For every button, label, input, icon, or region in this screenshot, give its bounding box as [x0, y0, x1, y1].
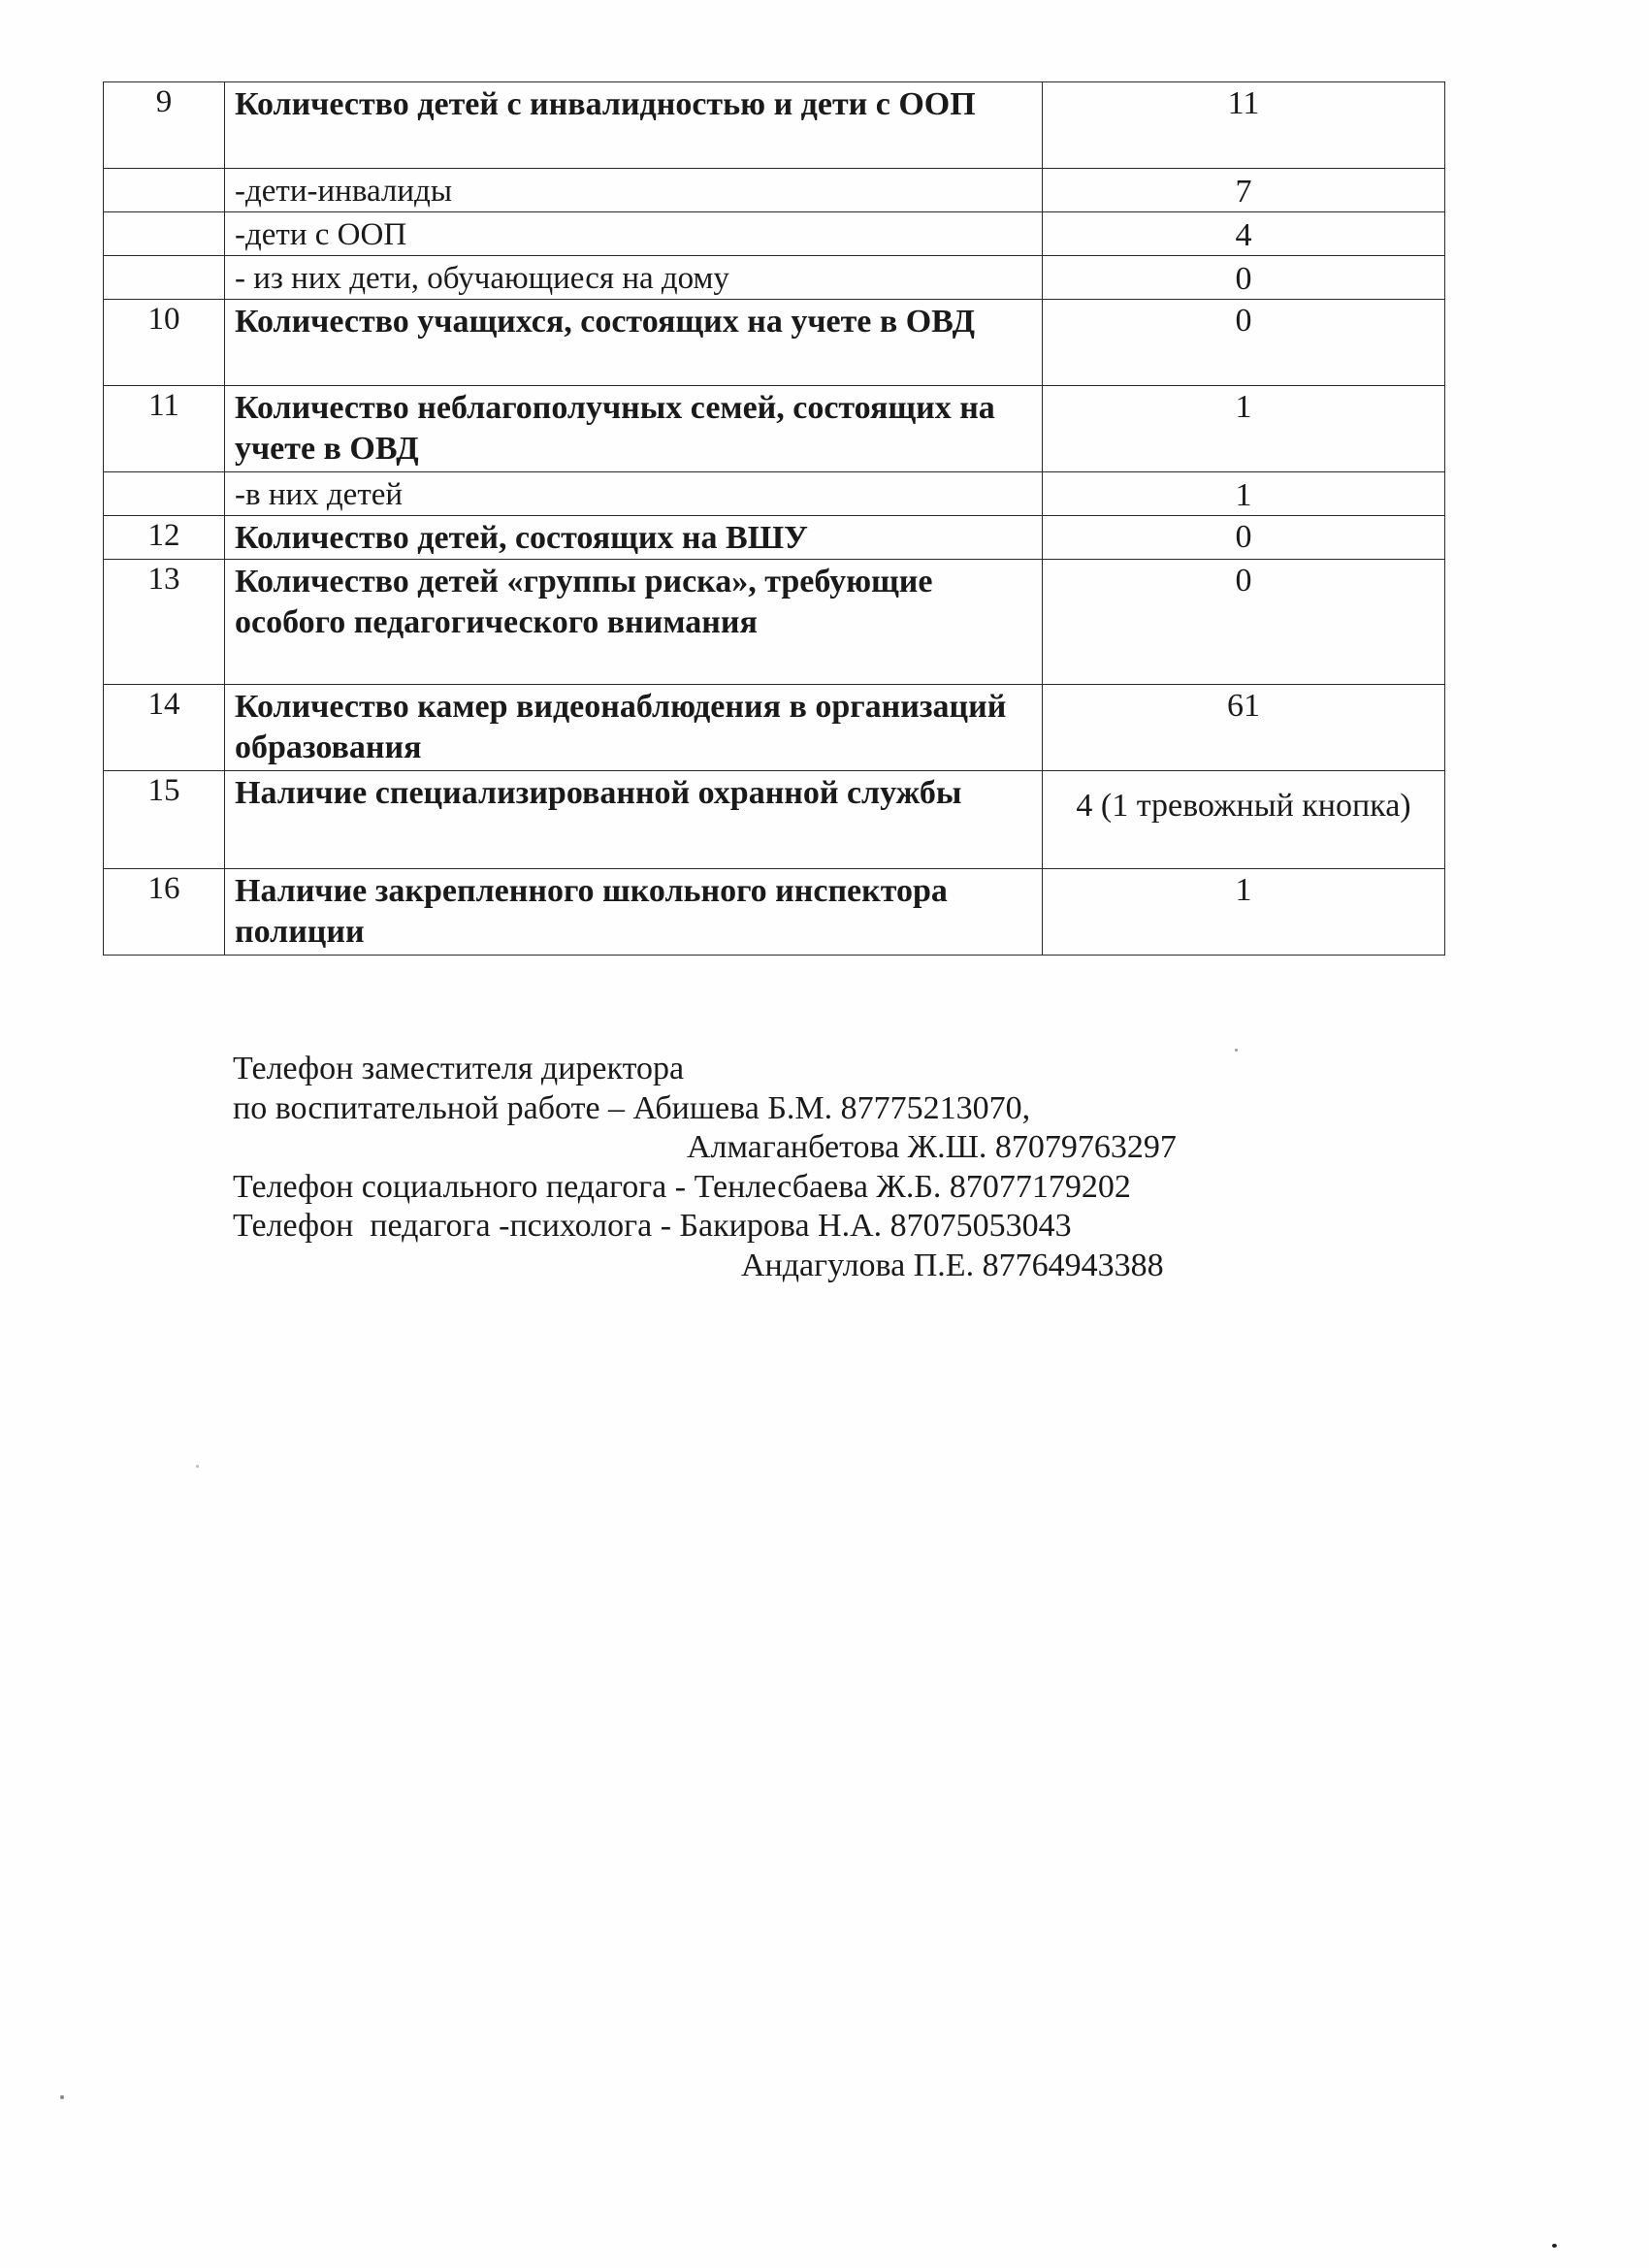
row-label: Количество неблагополучных семей, состоя… [225, 386, 1043, 472]
document-page: 9 Количество детей с инвалидностью и дет… [0, 0, 1649, 2268]
row-value: 0 [1043, 516, 1445, 560]
table-row: 16 Наличие закрепленного школьного инспе… [104, 869, 1445, 956]
contact-block: Телефон заместителя директора по воспита… [233, 1050, 1177, 1285]
row-label: -в них детей [225, 472, 1043, 516]
statistics-table: 9 Количество детей с инвалидностью и дет… [103, 81, 1445, 956]
contact-line: Телефон заместителя директора [233, 1050, 1177, 1089]
row-value: 11 [1043, 82, 1445, 169]
scan-speck [196, 1465, 199, 1468]
row-value: 0 [1043, 256, 1445, 300]
contact-line: Алмаганбетова Ж.Ш. 87079763297 [233, 1128, 1177, 1168]
row-value: 61 [1043, 685, 1445, 771]
row-value: 0 [1043, 560, 1445, 685]
table-row: 9 Количество детей с инвалидностью и дет… [104, 82, 1445, 169]
row-number: 12 [104, 516, 225, 560]
row-label: Наличие специализированной охранной служ… [225, 771, 1043, 869]
row-number: 10 [104, 300, 225, 386]
contact-line: по воспитательной работе – Абишева Б.М. … [233, 1089, 1177, 1129]
table-row: 11 Количество неблагополучных семей, сос… [104, 386, 1445, 472]
row-number: 16 [104, 869, 225, 956]
table-row: 15 Наличие специализированной охранной с… [104, 771, 1445, 869]
row-label: -дети-инвалиды [225, 169, 1043, 212]
row-value: 7 [1043, 169, 1445, 212]
row-number: 15 [104, 771, 225, 869]
row-label: Количество камер видеонаблюдения в орган… [225, 685, 1043, 771]
row-number: 11 [104, 386, 225, 472]
row-label: Количество учащихся, состоящих на учете … [225, 300, 1043, 386]
row-label: -дети с ООП [225, 212, 1043, 256]
row-label: Наличие закрепленного школьного инспекто… [225, 869, 1043, 956]
row-label: - из них дети, обучающиеся на дому [225, 256, 1043, 300]
contact-line: Андагулова П.Е. 87764943388 [233, 1247, 1177, 1286]
table-row: 12 Количество детей, состоящих на ВШУ 0 [104, 516, 1445, 560]
row-value: 0 [1043, 300, 1445, 386]
contact-line: Телефон педагога -психолога - Бакирова Н… [233, 1207, 1177, 1247]
row-number: 13 [104, 560, 225, 685]
row-number: 14 [104, 685, 225, 771]
row-number [104, 472, 225, 516]
row-value: 1 [1043, 386, 1445, 472]
row-number [104, 169, 225, 212]
table-row: -дети с ООП 4 [104, 212, 1445, 256]
row-value: 1 [1043, 472, 1445, 516]
table-row: -дети-инвалиды 7 [104, 169, 1445, 212]
scan-speck [1552, 2244, 1557, 2248]
table-row: - из них дети, обучающиеся на дому 0 [104, 256, 1445, 300]
table-row: 13 Количество детей «группы риска», треб… [104, 560, 1445, 685]
scan-speck [1235, 1049, 1238, 1052]
table-row: 14 Количество камер видеонаблюдения в ор… [104, 685, 1445, 771]
row-value: 1 [1043, 869, 1445, 956]
row-value: 4 (1 тревожный кнопка) [1043, 771, 1445, 869]
row-number [104, 212, 225, 256]
row-label: Количество детей, состоящих на ВШУ [225, 516, 1043, 560]
row-value: 4 [1043, 212, 1445, 256]
table-row: -в них детей 1 [104, 472, 1445, 516]
scan-speck [60, 2095, 64, 2099]
contact-line: Телефон социального педагога - Тенлесбае… [233, 1168, 1177, 1208]
row-number [104, 256, 225, 300]
table-row: 10 Количество учащихся, состоящих на уче… [104, 300, 1445, 386]
row-number: 9 [104, 82, 225, 169]
row-label: Количество детей «группы риска», требующ… [225, 560, 1043, 685]
row-label: Количество детей с инвалидностью и дети … [225, 82, 1043, 169]
